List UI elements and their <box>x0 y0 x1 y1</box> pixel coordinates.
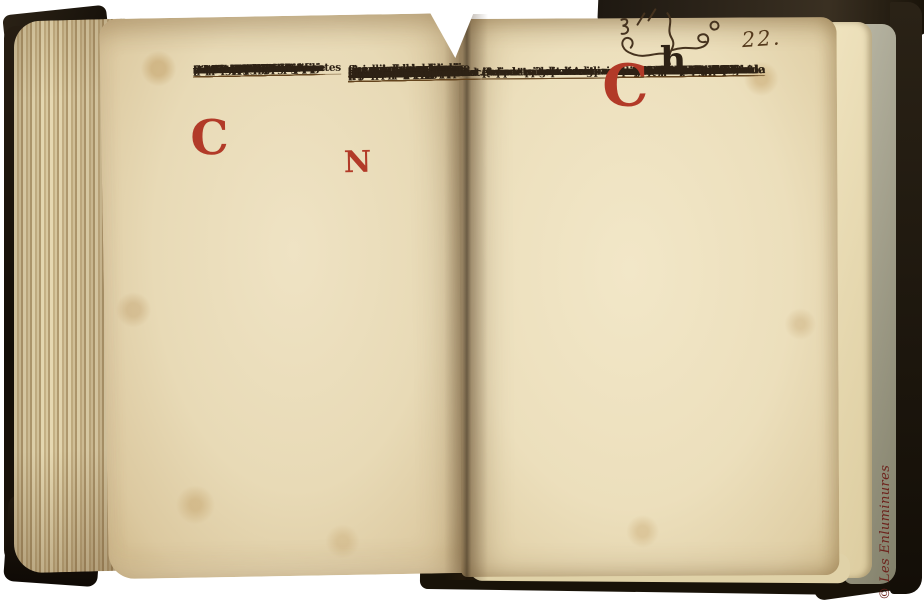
left-page-column-2: nez p passioez xhu xdni nrj. Faciam nobi… <box>348 62 468 69</box>
gutter-shadow <box>444 14 488 580</box>
rubricated-initial-c: C <box>602 56 649 115</box>
manuscript-text-line: et scdz p ignez. Amen. <box>482 65 609 79</box>
copyright-watermark: © Les Enluminures <box>878 442 898 600</box>
folio-number: 22. <box>741 24 803 56</box>
right-page-column-1: p q postq3 spoliauitifernu ascedit i cel… <box>482 65 608 66</box>
text-block: p q postq3 spoliauitifernu ascedit i cel… <box>482 65 607 66</box>
rubricated-initial-c: C <box>190 114 229 163</box>
left-page <box>99 13 475 579</box>
manuscript-text-line: dextaz. ad significadu <box>348 67 469 83</box>
right-page-column-2: C h y uole anda re allo sacrametodella e… <box>614 63 758 65</box>
initial-ascender-h: h <box>660 42 687 78</box>
right-page <box>459 17 840 577</box>
manuscript-photo: sumus p nob qui sumsepulta imisijs huius… <box>0 0 924 600</box>
rubricated-initial-n: N <box>344 148 372 179</box>
manuscript-text-line: mani gnis restaurato <box>193 62 310 78</box>
